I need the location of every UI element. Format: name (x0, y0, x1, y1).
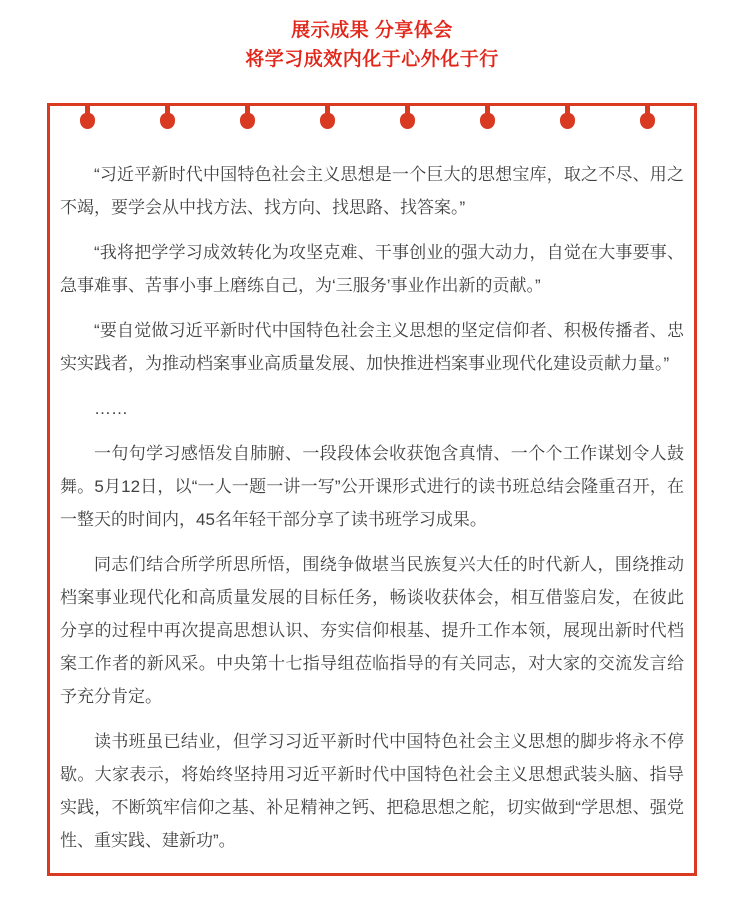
pin-head (240, 113, 255, 129)
pin-head (160, 113, 175, 129)
article-paragraph-closing: 读书班虽已结业，但学习习近平新时代中国特色社会主义思想的脚步将永不停歇。大家表示… (60, 725, 684, 857)
article-paragraph-quote-3: “要自觉做习近平新时代中国特色社会主义思想的坚定信仰者、积极传播者、忠实实践者，… (60, 314, 684, 380)
pin-icon (80, 106, 95, 129)
pin-head (480, 113, 495, 129)
article-paragraph-quote-1: “习近平新时代中国特色社会主义思想是一个巨大的思想宝库，取之不尽、用之不竭，要学… (60, 158, 684, 224)
article-page: 展示成果 分享体会 将学习成效内化于心外化于行 “习近平新时代中国特色社会主义思… (0, 0, 744, 897)
article-paragraph-ellipsis: …… (60, 392, 684, 425)
pin-head (80, 113, 95, 129)
pin-icon (480, 106, 495, 129)
pin-icon (160, 106, 175, 129)
pin-icon (400, 106, 415, 129)
pin-stem (565, 106, 570, 115)
pin-stem (165, 106, 170, 115)
pin-icon (560, 106, 575, 129)
pin-stem (405, 106, 410, 115)
pin-stem (85, 106, 90, 115)
pin-head (560, 113, 575, 129)
pin-stem (325, 106, 330, 115)
pin-stem (645, 106, 650, 115)
page-title: 展示成果 分享体会 将学习成效内化于心外化于行 (0, 0, 744, 74)
title-line-2: 将学习成效内化于心外化于行 (0, 45, 744, 74)
article-paragraph-summary: 一句句学习感悟发自肺腑、一段段体会收获饱含真情、一个个工作谋划令人鼓舞。5月12… (60, 437, 684, 536)
pin-head (640, 113, 655, 129)
article-paragraph-sharing: 同志们结合所学所思所悟，围绕争做堪当民族复兴大任的时代新人，围绕推动档案事业现代… (60, 548, 684, 713)
pin-head (320, 113, 335, 129)
title-line-1: 展示成果 分享体会 (0, 16, 744, 45)
pin-head (400, 113, 415, 129)
pins-row (50, 106, 694, 132)
article-card: “习近平新时代中国特色社会主义思想是一个巨大的思想宝库，取之不尽、用之不竭，要学… (47, 103, 697, 876)
pin-stem (245, 106, 250, 115)
pin-icon (320, 106, 335, 129)
pin-stem (485, 106, 490, 115)
pin-icon (240, 106, 255, 129)
article-paragraph-quote-2: “我将把学学习成效转化为攻坚克难、干事创业的强大动力，自觉在大事要事、急事难事、… (60, 236, 684, 302)
pin-icon (640, 106, 655, 129)
